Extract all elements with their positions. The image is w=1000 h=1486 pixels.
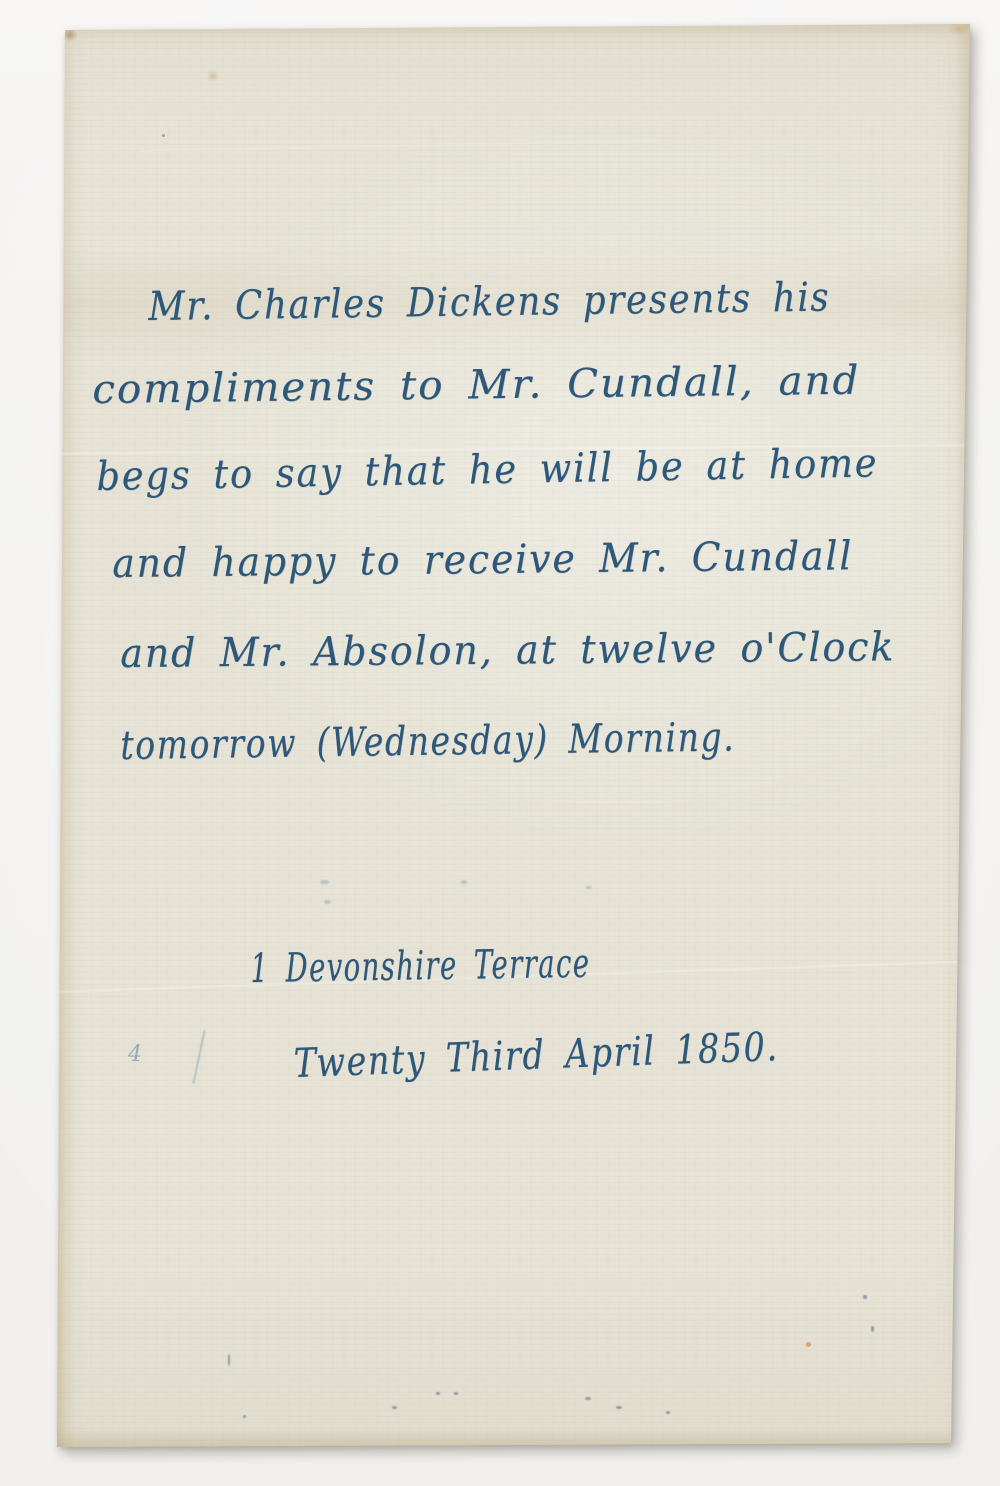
ink-speck [320,880,329,884]
ink-speck [616,1406,622,1409]
ink-speck [454,1392,458,1395]
ink-speck [436,1392,440,1395]
ink-speck [243,1415,246,1418]
letter-line-2: compliments to Mr. Cundall, and [92,357,861,414]
ink-speck [666,1411,670,1414]
letter-line-4: and happy to receive Mr. Cundall [112,532,853,588]
address-line: 1 Devonshire Terrace [250,940,591,993]
ink-speck [863,1295,867,1299]
ink-speck [324,900,331,904]
ink-speck [586,886,591,889]
margin-mark: 4 [128,1042,142,1067]
ink-speck [585,1397,591,1400]
letter-line-6: tomorrow (Wednesday) Morning. [120,713,736,770]
foxing-spot [948,22,970,36]
ink-speck [461,880,467,884]
photo-background: 4 Mr. Charles Dickens presents his compl… [0,0,1000,1486]
letter-line-5: and Mr. Absolon, at twelve o'Clock [120,623,895,678]
ink-speck [871,1326,874,1332]
foxing-spot [162,134,165,137]
foxing-spot [206,70,220,82]
letter-paper: 4 Mr. Charles Dickens presents his compl… [0,0,1000,1486]
ink-speck [228,1354,230,1366]
foxing-spot [806,1342,811,1347]
ink-speck [392,1406,397,1409]
letter-line-1: Mr. Charles Dickens presents his [148,273,831,331]
foxing-spot [62,28,78,42]
letter-paper-shadow: 4 Mr. Charles Dickens presents his compl… [0,0,1000,1486]
